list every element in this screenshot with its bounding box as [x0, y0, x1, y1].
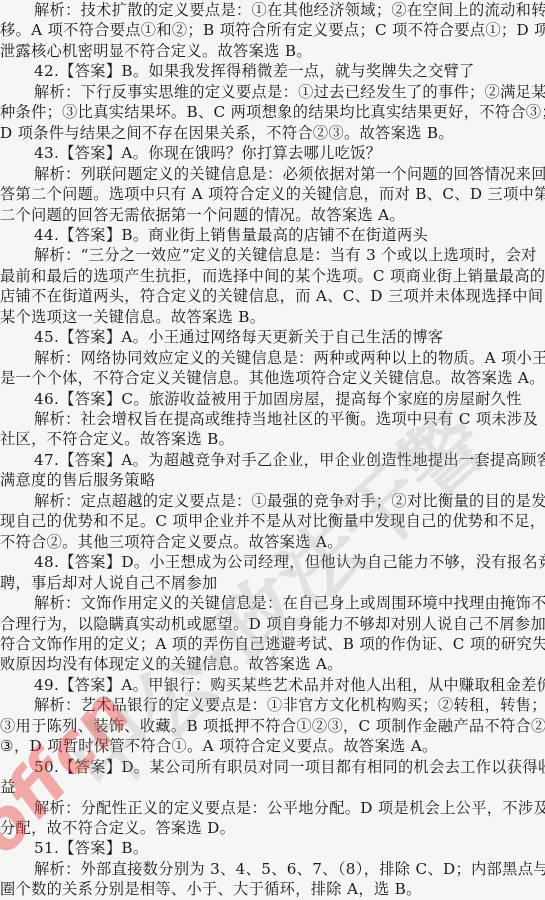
text-line: 46.【答案】C。旅游收益被用于加固房屋，提高每个家庭的房屋耐久性: [0, 389, 545, 409]
text-line: 移。A 项不符合要点①和②；B 项符合所有定义要点；C 项不符合要点①；D 项: [0, 20, 545, 40]
text-line: 解析：文饰作用定义的关键信息是：在自己身上或周围环境中找理由掩饰不: [0, 593, 545, 613]
text-line: 49.【答案】A。甲银行：购买某些艺术品并对他人出租，从中赚取租金差价: [0, 675, 545, 695]
text-line: 解析：列联问题定义的关键信息是：必须依据对第一个问题的回答情况来回: [0, 164, 545, 184]
text-line: 解析：定点超越的定义要点是：①最强的竞争对手；②对比衡量的目的是发: [0, 491, 545, 511]
text-line: 最前和最后的选项产生抗拒，而选择中间的某个选项。C 项商业街上销量最高的: [0, 266, 545, 286]
text-line: 45.【答案】A。小王通过网络每天更新关于自己生活的博客: [0, 327, 545, 347]
text-line: 答第二个问题。选项中只有 A 项符合定义的关键信息，而对 B、C、D 三项中第: [0, 184, 545, 204]
text-line: 圈个数的关系分别是相等、小于、大于循环，排除 A，选 B。: [0, 879, 545, 899]
text-line: 满意度的售后服务策略: [0, 470, 545, 490]
text-line: 48.【答案】D。小王想成为公司经理，但他认为自己能力不够，没有报名竞: [0, 552, 545, 572]
text-line: 店铺不在街道两头，符合定义的关键信息，而 A、C、D 三项并未体现选择中间: [0, 286, 545, 306]
text-line: 是一个个体，不符合定义关键信息。其他选项符合定义关键信息。故答案选 A。: [0, 368, 545, 388]
text-line: 解析：网络协同效应定义的关键信息是：两种或两种以上的物质。A 项小王: [0, 348, 545, 368]
text-line: 不符合②。其他三项符合定义要点。故答案选 A。: [0, 532, 545, 552]
text-line: 社区，不符合定义。故答案选 B。: [0, 429, 545, 449]
text-line: ③用于陈列、装饰、收藏。B 项抵押不符合①②③，C 项制作金融产品不符合②: [0, 716, 545, 736]
text-line: 51.【答案】B。: [0, 838, 545, 858]
text-line: 解析：分配性正义的定义要点是：公平地分配。D 项是机会上公平，不涉及: [0, 798, 545, 818]
document-page: 解析：技术扩散的定义要点是：①在其他经济领域；②在空间上的流动和转移。A 项不符…: [0, 0, 545, 900]
text-line: 解析：技术扩散的定义要点是：①在其他经济领域；②在空间上的流动和转: [0, 0, 545, 20]
text-line: 分配，故不符合定义。答案选 D。: [0, 818, 545, 838]
text-line: 解析：“三分之一效应”定义的关键信息是：当有 3 个或以上选项时，会对: [0, 245, 545, 265]
text-line: 解析：外部直接数分别为 3、4、5、6、7、（8），排除 C、D；内部黑点与白: [0, 859, 545, 879]
text-line: 解析：社会增权旨在提高或维持当地社区的平衡。选项中只有 C 项未涉及: [0, 409, 545, 429]
text-line: 二个问题的回答无需依据第一个问题的情况。故答案选 A。: [0, 205, 545, 225]
text-line: 符合文饰作用的定义；A 项的弄伤自己逃避考试、B 项的作伪证、C 项的研究失: [0, 634, 545, 654]
text-line: 42.【答案】B。如果我发挥得稍微差一点，就与奖牌失之交臂了: [0, 61, 545, 81]
text-line: D 项条件与结果之间不存在因果关系，不符合②③。故答案选 B。: [0, 123, 545, 143]
text-line: 合理行为，以隐瞒真实动机或愿望。D 项自身能力不够却对别人说自己不屑参加，: [0, 614, 545, 634]
text-line: 43.【答案】A。你现在饿吗？你打算去哪儿吃饭？: [0, 143, 545, 163]
text-line: 益: [0, 777, 545, 797]
text-line: 败原因均没有体现定义的关键信息。故答案选 A。: [0, 654, 545, 674]
text-line: 解析：艺术品银行的定义要点是：①非官方文化机构购买；②转租，转售；: [0, 695, 545, 715]
text-line: 某个选项这一关键信息。故答案选 B。: [0, 307, 545, 327]
text-line: 聘，事后却对人说自己不屑参加: [0, 573, 545, 593]
text-line: 50.【答案】D。某公司所有职员对同一项目都有相同的机会去工作以获得收: [0, 757, 545, 777]
text-line: ③，D 项暂时保管不符合①。A 项符合定义要点。故答案选 A。: [0, 736, 545, 756]
text-line: 泄露核心机密明显不符合定义。故答案选 B。: [0, 41, 545, 61]
text-line: 种条件；③比真实结果坏。B、C 两项想象的结果均比真实结果更好，不符合③；: [0, 102, 545, 122]
text-line: 44.【答案】B。商业街上销售量最高的店铺不在街道两头: [0, 225, 545, 245]
text-line: 解析：下行反事实思维的定义要点是：①过去已经发生了的事件；②满足某: [0, 82, 545, 102]
text-line: 47.【答案】A。为超越竞争对手乙企业，甲企业创造性地提出一套提高顾客: [0, 450, 545, 470]
text-line: 现自己的优势和不足。C 项甲企业并不是从对比衡量中发现自己的优势和不足，: [0, 511, 545, 531]
